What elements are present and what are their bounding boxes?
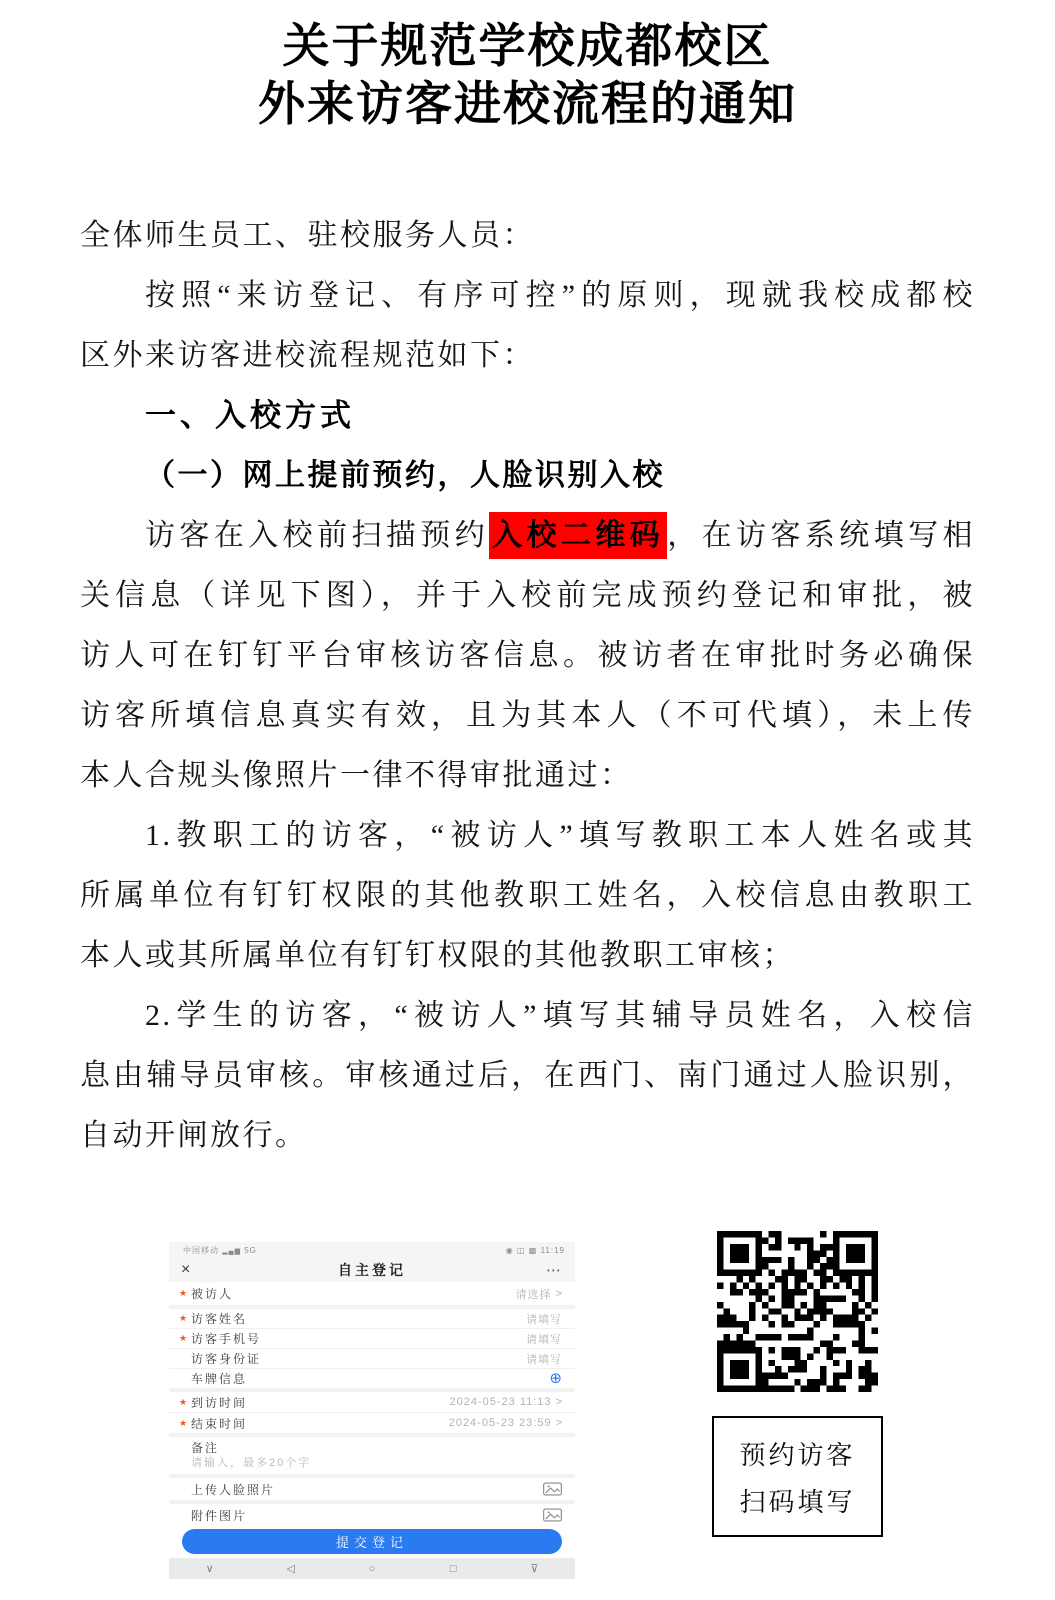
- field-label: 访客姓名: [191, 1310, 247, 1327]
- field-label: 到访时间: [191, 1394, 247, 1411]
- required-asterisk: ★: [179, 1288, 191, 1299]
- field-placeholder: 请填写: [526, 1331, 562, 1347]
- network-badge: 5G: [244, 1246, 257, 1255]
- form-row-visitee[interactable]: ★ 被访人 请选择 >: [169, 1282, 575, 1305]
- nav-back-icon[interactable]: ◁: [281, 1562, 301, 1575]
- document-body: 全体师生员工、驻校服务人员： 按照“来访登记、有序可控”的原则，现就我校成都校 …: [80, 206, 975, 1166]
- field-placeholder: 请填写: [526, 1311, 562, 1327]
- notice-document: 关于规范学校成都校区 外来访客进校流程的通知 全体师生员工、驻校服务人员： 按照…: [0, 0, 1055, 1600]
- subsection-heading: （一）网上提前预约，人脸识别入校: [80, 446, 975, 506]
- field-placeholder: 请选择: [516, 1286, 552, 1302]
- body-line: 所属单位有钉钉权限的其他教职工姓名，入校信息由教职工: [80, 866, 975, 926]
- body-text: ，在访客系统填写相: [667, 519, 975, 552]
- document-title: 关于规范学校成都校区 外来访客进校流程的通知: [0, 18, 1055, 134]
- nav-home-icon[interactable]: ○: [362, 1563, 382, 1575]
- required-asterisk: ★: [179, 1397, 191, 1408]
- body-line: 按照“来访登记、有序可控”的原则，现就我校成都校: [80, 266, 975, 326]
- title-line-2: 外来访客进校流程的通知: [0, 76, 1055, 134]
- field-placeholder: 请输入，最多20个字: [191, 1456, 562, 1470]
- signal-icon: ▂▄▆: [222, 1248, 241, 1255]
- body-line: 自动开闸放行。: [80, 1106, 975, 1166]
- required-asterisk: ★: [179, 1313, 191, 1324]
- body-line: 关信息（详见下图），并于入校前完成预约登记和审批，被: [80, 566, 975, 626]
- phone-status-bar: 中国移动 ▂▄▆ 5G ◉ ◫ ▩ 11:19: [169, 1242, 575, 1258]
- form-row-arrival-time[interactable]: ★ 到访时间 2024-05-23 11:13 >: [169, 1392, 575, 1412]
- image-icon: [543, 1482, 562, 1496]
- nav-screenshot-icon[interactable]: ⊽: [524, 1562, 544, 1575]
- qr-code: [717, 1231, 878, 1392]
- app-title: 自主登记: [241, 1260, 503, 1280]
- body-line: 本人或其所属单位有钉钉权限的其他教职工审核；: [80, 926, 975, 986]
- attachment-image-row[interactable]: 附件图片: [169, 1504, 575, 1526]
- body-line: 访客所填信息真实有效，且为其本人（不可代填），未上传: [80, 686, 975, 746]
- required-asterisk: ★: [179, 1333, 191, 1344]
- submit-button[interactable]: 提交登记: [182, 1529, 562, 1554]
- title-line-1: 关于规范学校成都校区: [0, 18, 1055, 76]
- close-icon[interactable]: ×: [181, 1261, 241, 1279]
- section-heading: 一、入校方式: [80, 386, 975, 446]
- field-label: 车牌信息: [191, 1370, 247, 1387]
- body-line: 2.学生的访客，“被访人”填写其辅导员姓名，入校信: [80, 986, 975, 1046]
- body-line: 1.教职工的访客，“被访人”填写教职工本人姓名或其: [80, 806, 975, 866]
- field-label: 访客身份证: [191, 1350, 261, 1367]
- body-line: 区外来访客进校流程规范如下：: [80, 326, 975, 386]
- phone-nav-bar: × 自主登记 ⋯: [169, 1258, 575, 1282]
- nav-collapse-icon[interactable]: ∨: [200, 1562, 220, 1575]
- form-row-visitor-phone[interactable]: ★ 访客手机号 请填写: [169, 1328, 575, 1348]
- form-row-license-plate[interactable]: 车牌信息 ⊕: [169, 1368, 575, 1388]
- body-line: 息由辅导员审核。审核通过后，在西门、南门通过人脸识别，: [80, 1046, 975, 1106]
- nav-recents-icon[interactable]: □: [443, 1563, 463, 1575]
- chevron-right-icon: >: [556, 1396, 562, 1408]
- body-text: 访客在入校前扫描预约: [145, 519, 489, 552]
- carrier-text: 中国移动: [183, 1246, 219, 1255]
- qr-caption-box: 预约访客 扫码填写: [712, 1416, 883, 1537]
- field-value: 2024-05-23 23:59: [449, 1417, 552, 1429]
- add-circle-icon[interactable]: ⊕: [549, 1371, 562, 1386]
- body-line: 访客在入校前扫描预约入校二维码，在访客系统填写相: [80, 506, 975, 566]
- field-label: 被访人: [191, 1285, 233, 1302]
- form-row-visitor-name[interactable]: ★ 访客姓名 请填写: [169, 1309, 575, 1328]
- image-icon: [543, 1508, 562, 1522]
- field-label: 上传人脸照片: [191, 1481, 275, 1498]
- android-nav-bar: ∨ ◁ ○ □ ⊽: [169, 1558, 575, 1579]
- submit-row: 提交登记: [169, 1526, 575, 1558]
- status-right: ◉ ◫ ▩ 11:19: [506, 1246, 565, 1255]
- upload-face-photo-row[interactable]: 上传人脸照片: [169, 1478, 575, 1500]
- qr-keyword-highlight: 入校二维码: [489, 512, 667, 559]
- form-row-visitor-id[interactable]: 访客身份证 请填写: [169, 1348, 575, 1368]
- field-placeholder: 请填写: [526, 1351, 562, 1367]
- form-row-end-time[interactable]: ★ 结束时间 2024-05-23 23:59 >: [169, 1412, 575, 1433]
- chevron-right-icon: >: [556, 1288, 562, 1300]
- remark-field[interactable]: 备注 请输入，最多20个字: [169, 1437, 575, 1474]
- more-icon[interactable]: ⋯: [503, 1261, 563, 1279]
- required-asterisk: ★: [179, 1418, 191, 1429]
- qr-caption-line-2: 扫码填写: [739, 1482, 855, 1519]
- qr-caption-line-1: 预约访客: [739, 1435, 855, 1472]
- status-time: 11:19: [541, 1246, 565, 1255]
- body-line: 访人可在钉钉平台审核访客信息。被访者在审批时务必确保: [80, 626, 975, 686]
- field-label: 访客手机号: [191, 1330, 261, 1347]
- chevron-right-icon: >: [556, 1417, 562, 1429]
- field-value: 2024-05-23 11:13: [450, 1396, 552, 1408]
- body-line: 本人合规头像照片一律不得审批通过：: [80, 746, 975, 806]
- field-label: 结束时间: [191, 1415, 247, 1432]
- field-label: 备注: [191, 1441, 562, 1456]
- status-icons: ◉ ◫ ▩: [506, 1246, 538, 1255]
- field-label: 附件图片: [191, 1507, 247, 1524]
- visitor-registration-screenshot: 中国移动 ▂▄▆ 5G ◉ ◫ ▩ 11:19 × 自主登记 ⋯ ★ 被访人 请…: [169, 1242, 575, 1579]
- salutation-line: 全体师生员工、驻校服务人员：: [80, 206, 975, 266]
- carrier-status: 中国移动 ▂▄▆ 5G: [183, 1245, 257, 1256]
